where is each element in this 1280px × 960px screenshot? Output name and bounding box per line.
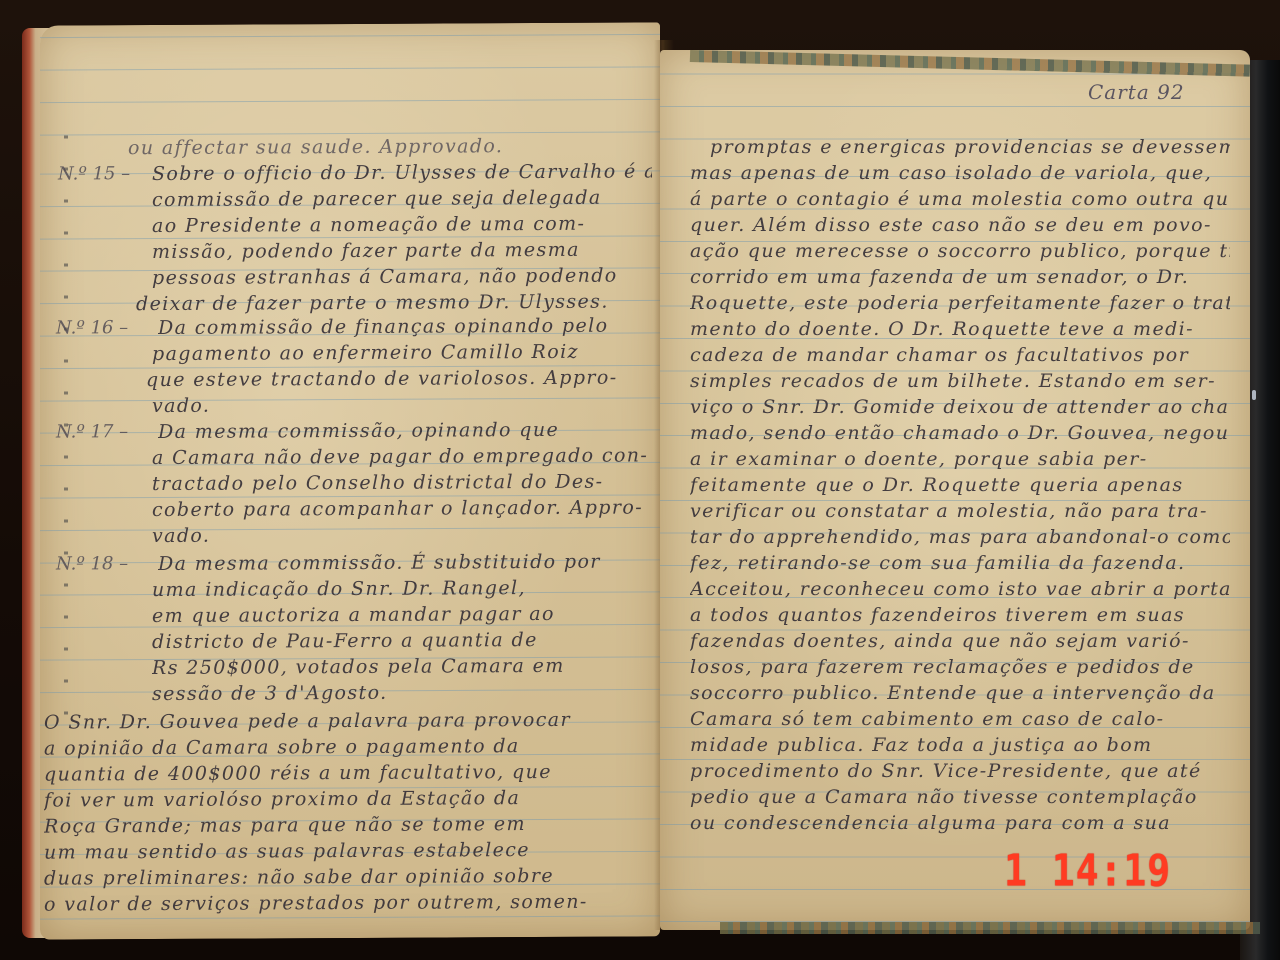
marbled-edge-bottom: [720, 922, 1260, 934]
handwritten-line: a Camara não deve pagar do empregado con…: [152, 444, 652, 469]
handwritten-line: em que auctoriza a mandar pagar ao: [152, 602, 652, 627]
handwritten-line: o valor de serviços prestados por outrem…: [44, 890, 654, 915]
handwritten-line: vado.: [152, 395, 210, 417]
handwritten-line: sessão de 3 d'Agosto.: [152, 682, 388, 705]
handwritten-line: Roça Grande; mas para que não se tome em: [44, 812, 654, 837]
entry-number: N.º 15 –: [58, 163, 130, 184]
handwritten-line: commissão de parecer que seja delegada: [152, 186, 652, 211]
handwritten-line: Rs 250$000, votados pela Camara em: [152, 654, 652, 679]
handwritten-line: mas apenas de um caso isolado de variola…: [690, 162, 1230, 184]
handwritten-line: Da mesma commissão. É substituido por: [158, 550, 652, 575]
handwritten-line: midade publica. Faz toda a justiça ao bo…: [690, 734, 1230, 756]
handwritten-line: O Snr. Dr. Gouvea pede a palavra para pr…: [44, 708, 654, 733]
camera-timestamp: 1 14:19: [1004, 845, 1171, 896]
handwritten-line: simples recados de um bilhete. Estando e…: [690, 370, 1230, 392]
handwritten-line: losos, para fazerem reclamações e pedido…: [690, 656, 1230, 678]
handwritten-line: mento do doente. O Dr. Roquette teve a m…: [690, 318, 1230, 340]
handwritten-line: a ir examinar o doente, porque sabia per…: [690, 448, 1230, 470]
handwritten-line: Da mesma commissão, opinando que: [158, 418, 652, 443]
handwritten-line: fez, retirando-se com sua familia da faz…: [690, 552, 1230, 574]
handwritten-line: procedimento do Snr. Vice-Presidente, qu…: [690, 760, 1230, 782]
handwritten-line: coberto para acompanhar o lançador. Appr…: [152, 496, 652, 521]
handwritten-line: uma indicação do Snr. Dr. Rangel,: [152, 576, 652, 601]
handwritten-line: Da commissão de finanças opinando pelo: [158, 314, 652, 339]
handwritten-line: promptas e energicas providencias se dev…: [710, 136, 1230, 158]
handwritten-line: fazendas doentes, ainda que não sejam va…: [690, 630, 1230, 652]
handwritten-line: vado.: [152, 525, 210, 547]
handwritten-line: corrido em uma fazenda de um senador, o …: [690, 266, 1230, 288]
entry-number: N.º 16 –: [56, 317, 128, 338]
folio-number: Carta 92: [1088, 80, 1185, 104]
handwritten-line: viço o Snr. Dr. Gomide deixou de attende…: [690, 396, 1230, 418]
handwritten-line: feitamente que o Dr. Roquette queria ape…: [690, 474, 1230, 496]
handwritten-line: a todos quantos fazendeiros tiverem em s…: [690, 604, 1230, 626]
handwritten-line: pedio que a Camara não tivesse contempla…: [690, 786, 1230, 808]
handwritten-line: Roquette, este poderia perfeitamente faz…: [690, 292, 1230, 314]
right-page: promptas e energicas providencias se dev…: [660, 50, 1250, 930]
entry-number: N.º 18 –: [56, 553, 128, 574]
handwritten-line: mado, sendo então chamado o Dr. Gouvea, …: [690, 422, 1230, 444]
handwritten-line: quer. Além disso este caso não se deu em…: [690, 214, 1230, 236]
handwritten-line: cadeza de mandar chamar os facultativos …: [690, 344, 1230, 366]
handwritten-line: tractado pelo Conselho districtal do Des…: [152, 470, 652, 495]
entry-number: N.º 17 –: [56, 421, 128, 442]
handwritten-line: á parte o contagio é uma molestia como o…: [690, 188, 1230, 210]
handwritten-line: verificar ou constatar a molestia, não p…: [690, 500, 1230, 522]
handwritten-line: pessoas estranhas á Camara, não podendo: [152, 264, 652, 289]
handwritten-line: foi ver um variolóso proximo da Estação …: [44, 786, 654, 811]
handwritten-line: pagamento ao enfermeiro Camillo Roiz: [152, 340, 652, 365]
handwritten-line: a opinião da Camara sobre o pagamento da: [44, 734, 654, 759]
handwritten-line: Acceitou, reconheceu como isto vae abrir…: [690, 578, 1230, 600]
handwritten-line: tar do apprehendido, mas para abandonal-…: [690, 526, 1230, 548]
handwritten-line: quantia de 400$000 réis a um facultativo…: [44, 760, 654, 785]
handwritten-line: deixar de fazer parte o mesmo Dr. Ulysse…: [136, 290, 652, 315]
handwritten-line: ou affectar sua saude. Approvado.: [128, 135, 503, 159]
handwritten-line: duas preliminares: não sabe dar opinião …: [44, 864, 654, 889]
left-page: ou affectar sua saude. Approvado. N.º 15…: [40, 22, 660, 939]
handwritten-line: ou condescendencia alguma para com a sua: [690, 812, 1230, 834]
handwritten-line: que esteve tractando de variolosos. Appr…: [146, 366, 652, 391]
open-ledger-book: ou affectar sua saude. Approvado. N.º 15…: [0, 0, 1280, 960]
handwritten-line: um mau sentido as suas palavras estabele…: [44, 838, 654, 863]
handwritten-line: ao Presidente a nomeação de uma com-: [152, 212, 652, 237]
handwritten-line: Camara só tem cabimento em caso de calo-: [690, 708, 1230, 730]
handwritten-line: soccorro publico. Entende que a interven…: [690, 682, 1230, 704]
handwritten-line: missão, podendo fazer parte da mesma: [152, 238, 652, 263]
handwritten-line: districto de Pau-Ferro a quantia de: [152, 628, 652, 653]
handwritten-line: ação que merecesse o soccorro publico, p…: [690, 240, 1230, 262]
handwritten-line: Sobre o officio do Dr. Ulysses de Carval…: [152, 160, 652, 185]
